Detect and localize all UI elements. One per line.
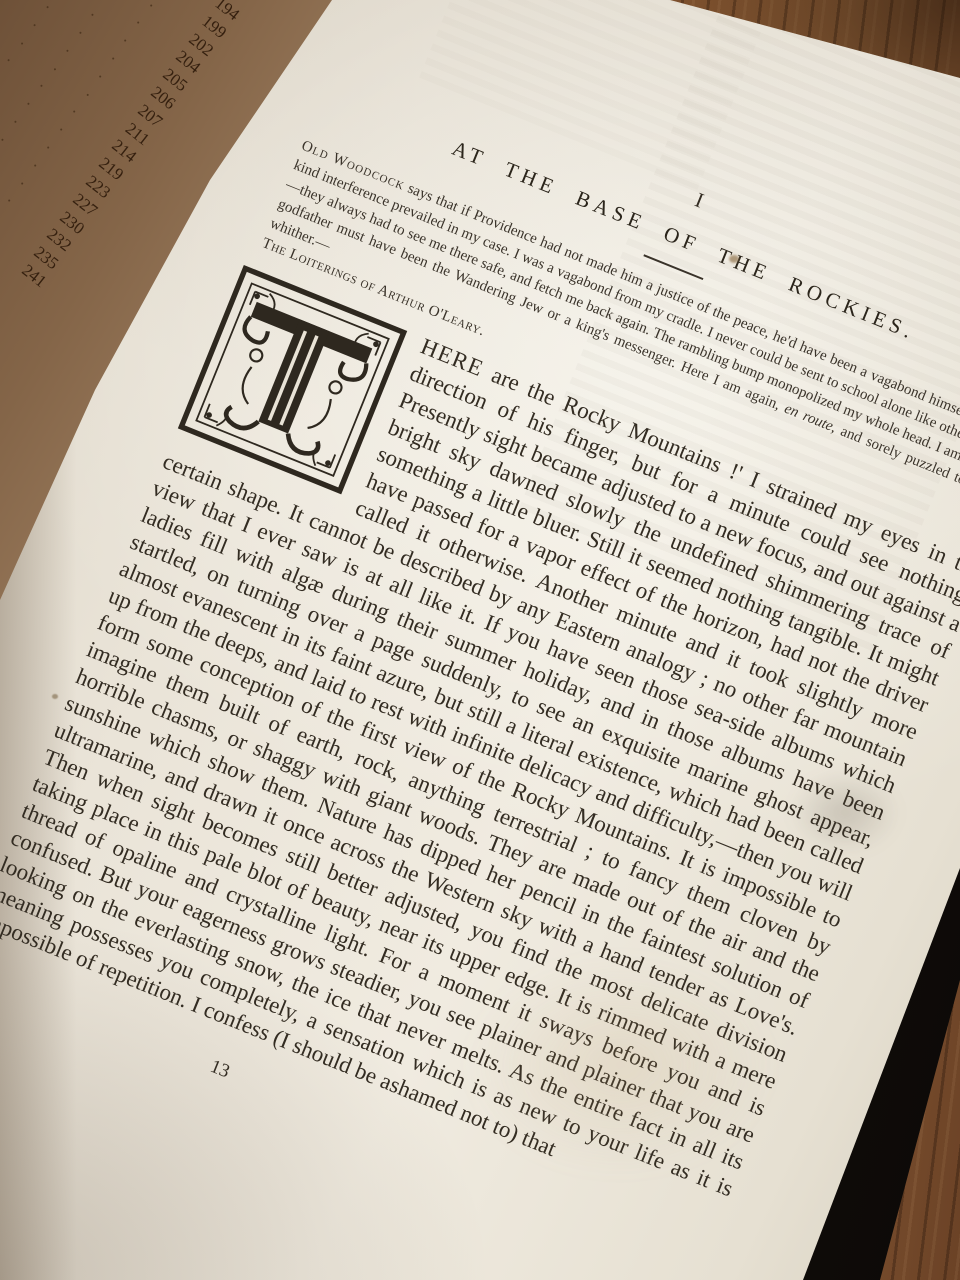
paper-speck [52,694,58,699]
paragraph-text: are the Rocky Mountains !' I strained my… [0,358,960,1201]
page-number: 13 [188,1048,252,1091]
book-photo: I AT THE BASE OF THE ROCKIES. Old Woodco… [0,0,960,1280]
